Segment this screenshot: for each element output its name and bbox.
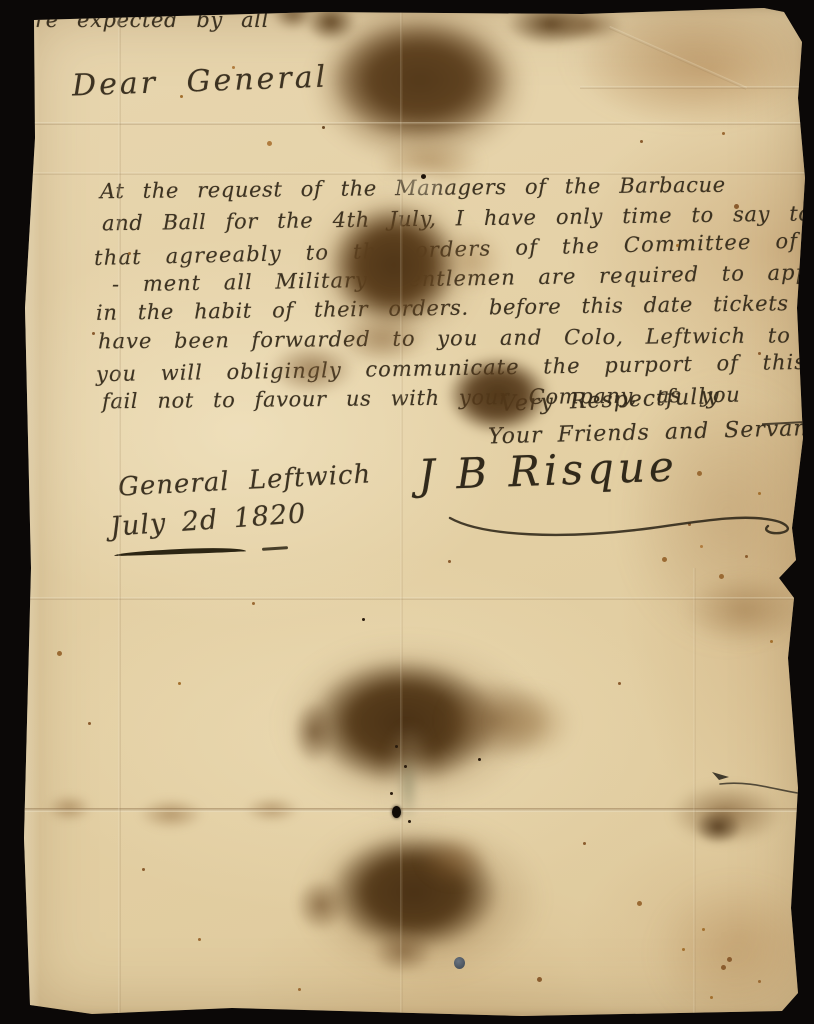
ink-stain [310,4,530,164]
letter-body-line: in the habit of their orders. before thi… [96,291,789,325]
pen-scratch-marks [662,758,814,808]
signature-flourish [442,506,802,546]
fold-crease [400,8,403,1016]
fold-crease [22,808,805,812]
ink-stain [490,686,574,760]
ink-stain [550,8,624,42]
ink-stain [505,2,597,46]
ink-stain [308,658,500,786]
aging-wash [652,878,814,1024]
fold-crease [22,597,805,600]
scanned-letter-page: Dear General At the request of the Manag… [0,0,814,1024]
ink-stain [244,796,300,823]
paper-sheet: Dear General At the request of the Manag… [22,8,805,1016]
letter-body-line: are expected by all [22,8,269,32]
paper-edge-highlight [22,8,40,1016]
ink-stain [694,810,742,844]
fold-crease [609,26,747,90]
ink-stain [372,930,434,974]
signature: J B Risque [417,441,678,499]
docket-recipient: General Leftwich [117,459,372,502]
ink-stain [305,2,357,42]
ink-blot-dot [454,957,465,969]
ink-stain [292,700,336,764]
ink-stain [295,878,347,932]
ink-stain [330,20,510,140]
pen-dash [262,546,288,551]
ink-stain [138,798,204,830]
letter-body-line: have been forwarded to you and Colo, Lef… [98,323,814,354]
bleached-patch [380,723,438,868]
ink-stain [328,833,500,951]
letter-salutation: Dear General [71,60,328,104]
ink-stain [440,678,552,762]
ink-stain [684,574,806,646]
letter-body-line: you will obligingly communicate the purp… [96,350,814,387]
fold-crease [580,86,804,89]
pen-underline [114,547,246,557]
ink-stain [418,833,490,887]
ink-stain [272,0,314,30]
ink-stain [300,816,544,980]
letter-body-line: At the request of the Managers of the Ba… [100,173,726,204]
foxing-speckles [22,8,25,11]
paper-hole [392,806,401,818]
docket-date: July 2d 1820 [109,498,307,543]
ink-stain [278,638,540,810]
ink-stain [46,794,92,822]
aging-wash [567,0,814,123]
fold-crease [22,122,805,125]
